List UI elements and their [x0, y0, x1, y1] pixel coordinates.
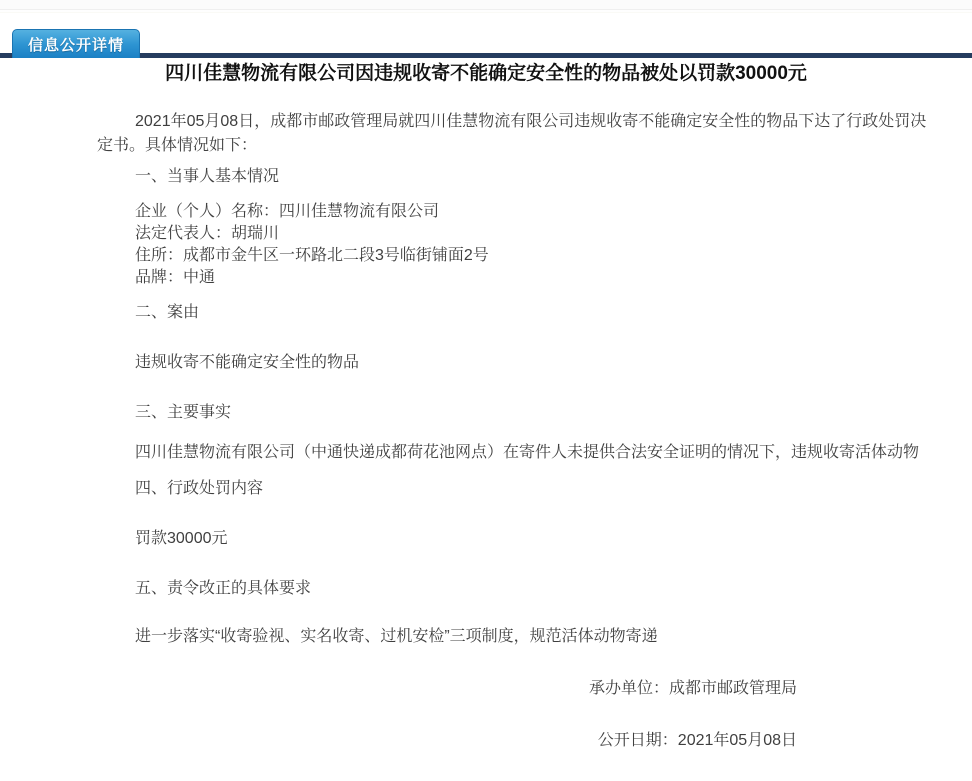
party-info-block: 企业（个人）名称：四川佳慧物流有限公司 法定代表人：胡瑞川 住所：成都市金牛区一… [97, 201, 940, 289]
section-tab-bar: 信息公开详情 [0, 29, 972, 58]
section-heading-facts: 三、主要事实 [97, 401, 940, 425]
facts-body: 四川佳慧物流有限公司（中通快递成都荷花池网点）在寄件人未提供合法安全证明的情况下… [97, 441, 940, 465]
tab-info-disclosure[interactable]: 信息公开详情 [12, 29, 140, 58]
section-heading-party: 一、当事人基本情况 [97, 165, 940, 189]
tab-underline-bar [0, 53, 972, 58]
address-line: 住所：成都市金牛区一环路北二段3号临街铺面2号 [97, 245, 940, 267]
cause-body: 违规收寄不能确定安全性的物品 [97, 351, 940, 375]
disclosure-document: 四川佳慧物流有限公司因违规收寄不能确定安全性的物品被处以罚款30000元 202… [0, 58, 972, 753]
top-strip [0, 0, 972, 10]
legal-representative-line: 法定代表人：胡瑞川 [97, 223, 940, 245]
organizer-label: 承办单位： [589, 680, 669, 697]
tab-label: 信息公开详情 [28, 34, 124, 55]
info-disclosure-page: { "header": { "tab_label": "信息公开详情" }, "… [0, 0, 972, 781]
intro-paragraph: 2021年05月08日，成都市邮政管理局就四川佳慧物流有限公司违规收寄不能确定安… [97, 110, 940, 158]
section-heading-correction: 五、责令改正的具体要求 [97, 577, 940, 601]
organizer-value: 成都市邮政管理局 [669, 680, 797, 697]
document-title: 四川佳慧物流有限公司因违规收寄不能确定安全性的物品被处以罚款30000元 [32, 61, 940, 87]
company-name-line: 企业（个人）名称：四川佳慧物流有限公司 [97, 201, 940, 223]
publish-date-value: 2021年05月08日 [678, 732, 797, 749]
brand-line: 品牌：中通 [97, 267, 940, 289]
publish-date-label: 公开日期： [598, 732, 678, 749]
section-heading-penalty: 四、行政处罚内容 [97, 477, 940, 501]
publish-date-line: 公开日期：2021年05月08日 [97, 729, 940, 753]
section-heading-cause: 二、案由 [97, 301, 940, 325]
penalty-body: 罚款30000元 [97, 527, 940, 551]
organizer-line: 承办单位：成都市邮政管理局 [97, 677, 940, 701]
top-strip-divider [0, 10, 972, 13]
correction-body: 进一步落实“收寄验视、实名收寄、过机安检”三项制度，规范活体动物寄递 [97, 625, 940, 649]
